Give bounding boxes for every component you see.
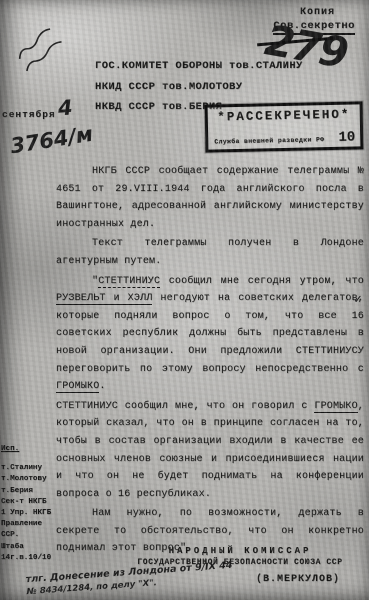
margin-checkmark: ✓ [354,292,362,307]
recipient-line: ГОС.КОМИТЕТ ОБОРОНЫ тов.СТАЛИНУ [95,56,303,77]
distribution-list-item: ССР. [1,530,51,541]
copy-label: Копия [300,7,335,18]
handwritten-day: 4 [57,96,73,121]
signature-title-line1: НАРОДНЫЙ КОМИССАР [112,546,368,556]
month-label: сентября [2,109,56,120]
document-page: Копия Сов.секретно 279 ГОС.КОМИТЕТ ОБОРО… [0,0,369,600]
stamp-number: 10 [338,130,355,146]
signature-name: (В.МЕРКУЛОВ) [256,574,340,585]
body-text: НКГБ СССР сообщает содержание телеграммы… [56,163,364,560]
paragraph: СТЕТТИНИУС сообщил мне, что он говорил с… [56,398,364,504]
paragraph: "СТЕТТИНИУС сообщил мне сегодня утром, ч… [56,273,364,396]
stamp-title: *РАССЕКРЕЧЕНО* [208,107,360,124]
paragraph: НКГБ СССР сообщает содержание телеграммы… [56,163,364,233]
recipient-line: НКИД СССР тов.МОЛОТОВУ [95,77,303,98]
declassified-stamp: *РАССЕКРЕЧЕНО* Служба внешней разведки Р… [205,101,364,152]
distribution-list-item: Штаба [1,542,51,553]
distribution-list-item: т.Берия [1,486,51,497]
distribution-list-item: Исп. [1,444,51,455]
distribution-list-item: т.Молотову [1,474,51,485]
handwritten-registry-number: 3764/м [9,122,95,159]
illegible-scribble [12,23,77,85]
signature-block: НАРОДНЫЙ КОМИССАР ГОСУДАРСТВЕННОЙ БЕЗОПА… [112,546,368,567]
distribution-list-item: 1 Упр. НКГБ [1,508,51,519]
stamp-subtitle: Служба внешней разведки РФ [214,136,324,145]
distribution-list-item: т.Сталину [1,463,51,474]
distribution-list: Исп.т.Сталинут.Молотовут.БерияСек-т НКГБ… [1,444,51,564]
distribution-list-item: Правление [1,519,51,530]
scanned-document-photo: Копия Сов.секретно 279 ГОС.КОМИТЕТ ОБОРО… [0,0,369,600]
distribution-list-item: 14г.в.10/10 [1,553,51,564]
distribution-list-item: Сек-т НКГБ [1,497,51,508]
paragraph: Текст телеграммы получен в Лондоне агент… [56,235,364,270]
